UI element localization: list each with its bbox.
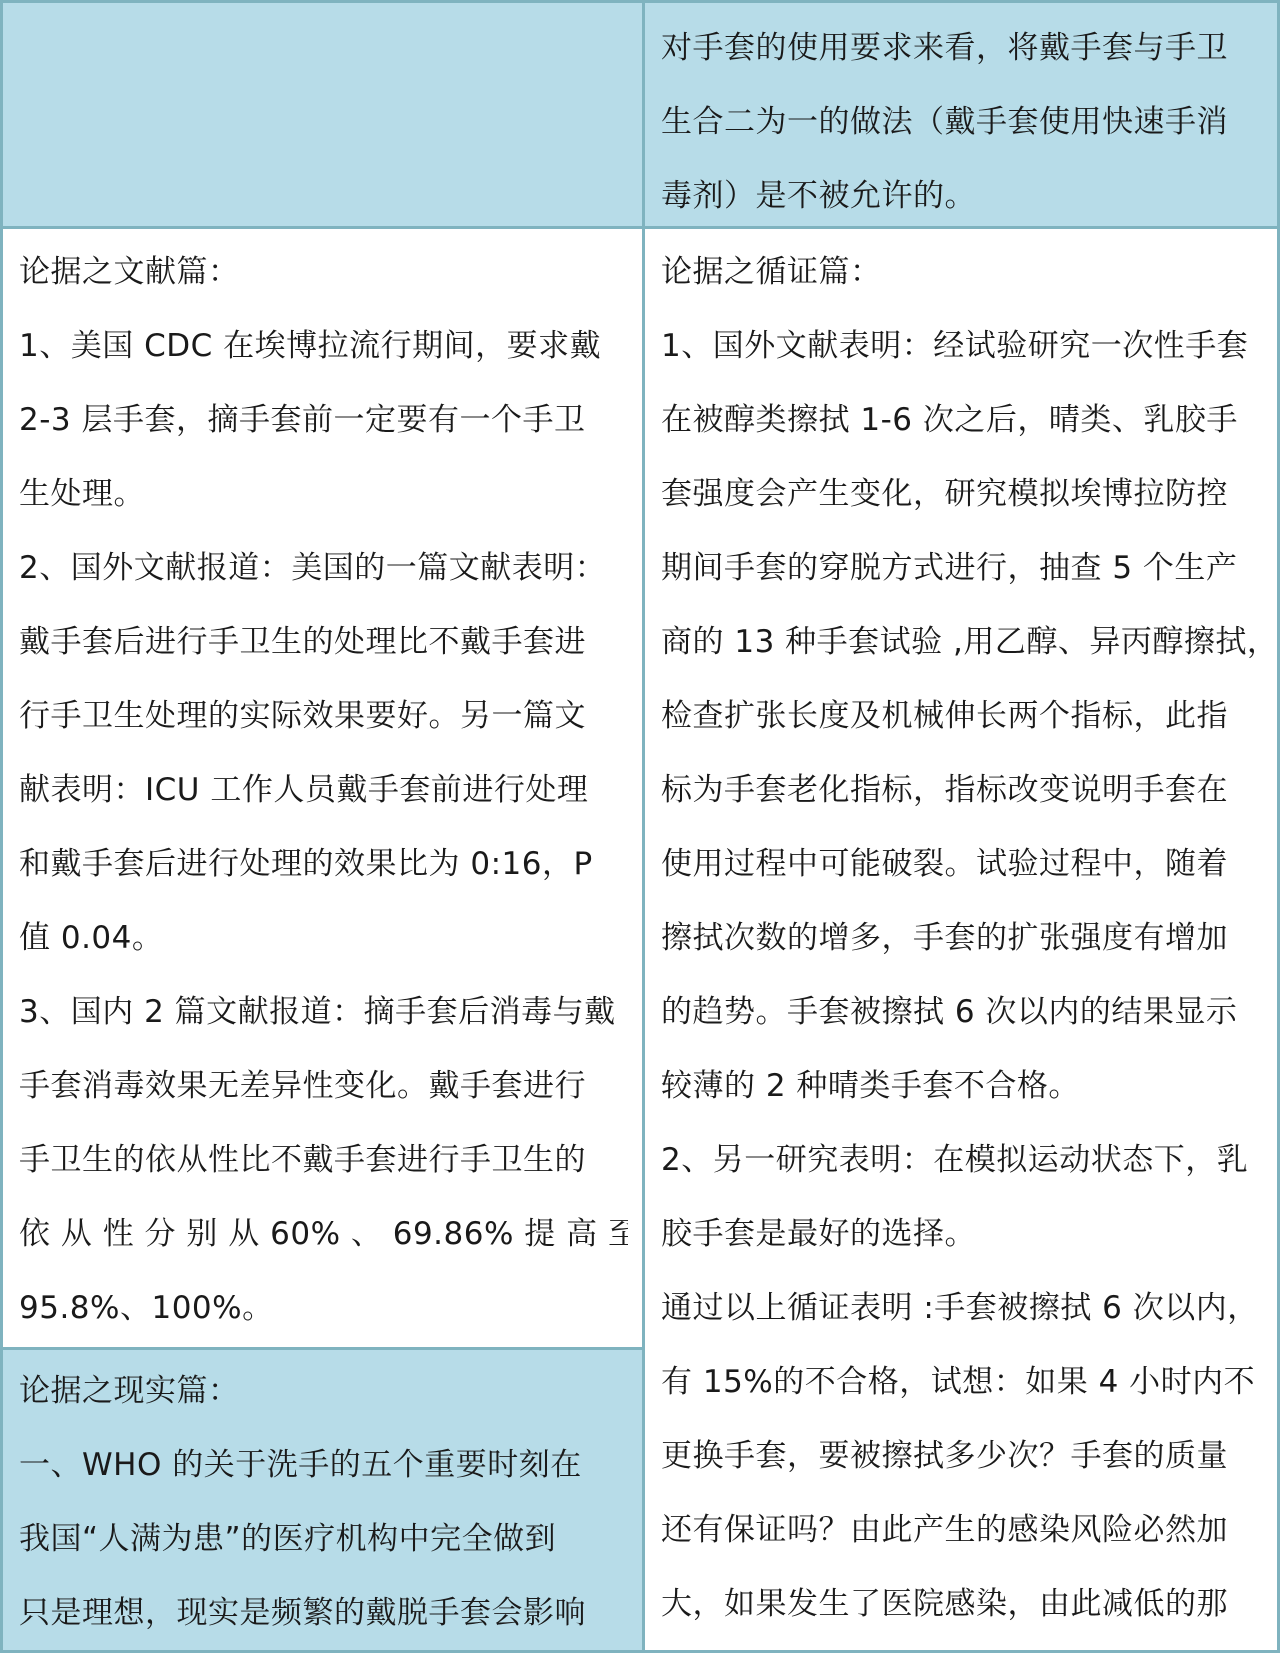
evidence-line: 标为手套老化指标，指标改变说明手套在 <box>661 753 1263 827</box>
evidence-cell: 论据之循证篇： 1、国外文献表明：经试验研究一次性手套 在被醇类擦拭 1-6 次… <box>642 226 1280 1653</box>
literature-line: 依 从 性 分 别 从 60% 、 69.86% 提 高 至 <box>19 1197 628 1271</box>
literature-line: 2、国外文献报道：美国的一篇文献表明： <box>19 531 628 605</box>
evidence-line: 有 15%的不合格，试想：如果 4 小时内不 <box>661 1345 1263 1419</box>
evidence-line: 在被醇类擦拭 1-6 次之后，晴类、乳胶手 <box>661 383 1263 457</box>
evidence-line: 的趋势。手套被擦拭 6 次以内的结果显示 <box>661 975 1263 1049</box>
literature-line: 生处理。 <box>19 457 628 531</box>
literature-line: 手卫生的依从性比不戴手套进行手卫生的 <box>19 1123 628 1197</box>
literature-line: 献表明：ICU 工作人员戴手套前进行处理 <box>19 753 628 827</box>
literature-line: 行手卫生处理的实际效果要好。另一篇文 <box>19 679 628 753</box>
literature-line: 手套消毒效果无差异性变化。戴手套进行 <box>19 1049 628 1123</box>
evidence-line: 期间手套的穿脱方式进行，抽查 5 个生产 <box>661 531 1263 605</box>
evidence-line: 较薄的 2 种晴类手套不合格。 <box>661 1049 1263 1123</box>
literature-cell: 论据之文献篇： 1、美国 CDC 在埃博拉流行期间，要求戴 2-3 层手套，摘手… <box>0 226 645 1350</box>
header-cell-right: 对手套的使用要求来看，将戴手套与手卫 生合二为一的做法（戴手套使用快速手消 毒剂… <box>642 0 1280 229</box>
literature-line: 1、美国 CDC 在埃博拉流行期间，要求戴 <box>19 309 628 383</box>
evidence-line: 擦拭次数的增多，手套的扩张强度有增加 <box>661 901 1263 975</box>
evidence-line: 大，如果发生了医院感染，由此减低的那 <box>661 1567 1263 1641</box>
literature-line: 和戴手套后进行处理的效果比为 0:16，P <box>19 827 628 901</box>
evidence-line: 更换手套，要被擦拭多少次？手套的质量 <box>661 1419 1263 1493</box>
section-title-reality: 论据之现实篇： <box>19 1354 628 1428</box>
evidence-line: 使用过程中可能破裂。试验过程中，随着 <box>661 827 1263 901</box>
reality-line: 只是理想，现实是频繁的戴脱手套会影响 <box>19 1576 628 1650</box>
section-title-evidence: 论据之循证篇： <box>661 235 1263 309</box>
header-cell-left <box>0 0 645 229</box>
evidence-line: 2、另一研究表明：在模拟运动状态下，乳 <box>661 1123 1263 1197</box>
header-line: 生合二为一的做法（戴手套使用快速手消 <box>661 85 1263 159</box>
evidence-line: 套强度会产生变化，研究模拟埃博拉防控 <box>661 457 1263 531</box>
header-line: 对手套的使用要求来看，将戴手套与手卫 <box>661 11 1263 85</box>
literature-line: 戴手套后进行手卫生的处理比不戴手套进 <box>19 605 628 679</box>
evidence-line: 1、国外文献表明：经试验研究一次性手套 <box>661 309 1263 383</box>
header-line: 毒剂）是不被允许的。 <box>661 159 1263 233</box>
literature-line: 2-3 层手套，摘手套前一定要有一个手卫 <box>19 383 628 457</box>
evidence-line: 还有保证吗？由此产生的感染风险必然加 <box>661 1493 1263 1567</box>
evidence-line: 通过以上循证表明 :手套被擦拭 6 次以内， <box>661 1271 1263 1345</box>
literature-line: 3、国内 2 篇文献报道：摘手套后消毒与戴 <box>19 975 628 1049</box>
evidence-line: 商的 13 种手套试验 ,用乙醇、异丙醇擦拭， <box>661 605 1263 679</box>
reality-line: 一、WHO 的关于洗手的五个重要时刻在 <box>19 1428 628 1502</box>
section-title-literature: 论据之文献篇： <box>19 235 628 309</box>
evidence-line: 检查扩张长度及机械伸长两个指标，此指 <box>661 679 1263 753</box>
evidence-line: 胶手套是最好的选择。 <box>661 1197 1263 1271</box>
literature-line: 95.8%、100%。 <box>19 1271 628 1345</box>
literature-line: 值 0.04。 <box>19 901 628 975</box>
reality-line: 我国“人满为患”的医疗机构中完全做到 <box>19 1502 628 1576</box>
reality-cell: 论据之现实篇： 一、WHO 的关于洗手的五个重要时刻在 我国“人满为患”的医疗机… <box>0 1347 645 1653</box>
